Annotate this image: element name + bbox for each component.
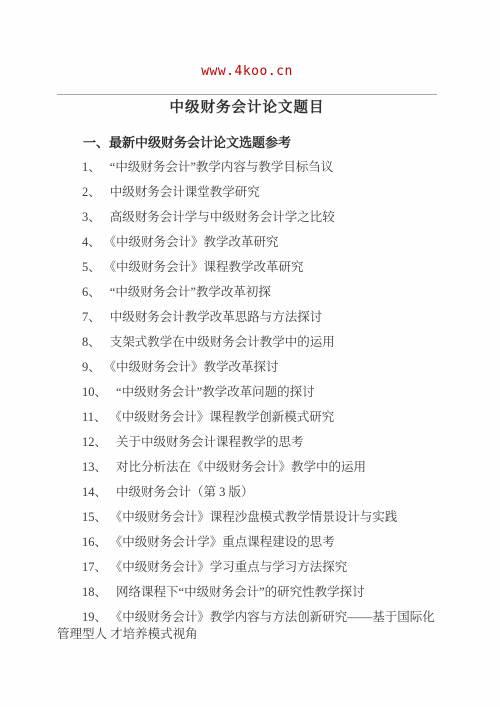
topic-list: 1、“中级财务会计”教学内容与教学目标刍议 2、中级财务会计课堂教学研究 3、高… — [57, 159, 437, 643]
list-item: 16、《中级财务会计学》重点课程建设的思考 — [57, 534, 437, 551]
document-page: www.4koo.cn 中级财务会计论文题目 一、最新中级财务会计论文选题参考 … — [0, 0, 500, 707]
item-text: 高级财务会计学与中级财务会计学之比较 — [110, 210, 335, 224]
item-text: 支架式教学在中级财务会计教学中的运用 — [110, 335, 335, 349]
item-text: 《中级财务会计学》重点课程建设的思考 — [116, 535, 335, 549]
list-item: 7、中级财务会计教学改革思路与方法探讨 — [57, 309, 437, 326]
list-item: 3、高级财务会计学与中级财务会计学之比较 — [57, 209, 437, 226]
item-text: 中级财务会计课堂教学研究 — [110, 185, 260, 199]
list-item: 14、中级财务会计（第 3 版） — [57, 484, 437, 501]
item-number: 17、 — [82, 560, 107, 574]
item-text: 《中级财务会计》课程沙盘模式教学情景设计与实践 — [116, 510, 397, 524]
header-divider-line — [57, 94, 437, 95]
item-text: 《中级财务会计》教学内容与方法创新研究——基于国际化管理型人 才培养模式视角 — [57, 610, 435, 641]
item-text: 中级财务会计教学改革思路与方法探讨 — [110, 310, 323, 324]
item-number: 4、 — [82, 235, 101, 249]
list-item: 18、网络课程下“中级财务会计”的研究性教学探讨 — [57, 584, 437, 601]
item-text: 《中级财务会计》教学改革研究 — [110, 235, 279, 249]
item-text: 《中级财务会计》学习重点与学习方法探究 — [116, 560, 347, 574]
list-item: 5、《中级财务会计》课程教学改革研究 — [57, 259, 437, 276]
list-item: 13、对比分析法在《中级财务会计》教学中的运用 — [57, 459, 437, 476]
item-text: 网络课程下“中级财务会计”的研究性教学探讨 — [116, 585, 365, 599]
item-number: 3、 — [82, 210, 101, 224]
list-item: 9、《中级财务会计》教学改革探讨 — [57, 359, 437, 376]
item-number: 2、 — [82, 185, 101, 199]
item-number: 5、 — [82, 260, 101, 274]
item-number: 10、 — [82, 385, 107, 399]
list-item: 4、《中级财务会计》教学改革研究 — [57, 234, 437, 251]
item-number: 19、 — [82, 610, 107, 624]
item-number: 13、 — [82, 460, 107, 474]
item-number: 9、 — [82, 360, 101, 374]
item-number: 11、 — [82, 410, 107, 424]
list-item: 11、《中级财务会计》课程教学创新模式研究 — [57, 409, 437, 426]
list-item: 10、“中级财务会计”教学改革问题的探讨 — [57, 384, 437, 401]
list-item: 15、《中级财务会计》课程沙盘模式教学情景设计与实践 — [57, 509, 437, 526]
item-number: 12、 — [82, 435, 107, 449]
list-item: 17、《中级财务会计》学习重点与学习方法探究 — [57, 559, 437, 576]
section-heading: 一、最新中级财务会计论文选题参考 — [57, 134, 437, 151]
item-text: “中级财务会计”教学内容与教学目标刍议 — [110, 160, 334, 174]
list-item: 1、“中级财务会计”教学内容与教学目标刍议 — [57, 159, 437, 176]
item-text: 中级财务会计（第 3 版） — [116, 485, 254, 499]
list-item: 12、关于中级财务会计课程教学的思考 — [57, 434, 437, 451]
item-number: 18、 — [82, 585, 107, 599]
item-number: 6、 — [82, 285, 101, 299]
list-item: 19、《中级财务会计》教学内容与方法创新研究——基于国际化管理型人 才培养模式视… — [57, 609, 437, 643]
item-number: 14、 — [82, 485, 107, 499]
list-item: 2、中级财务会计课堂教学研究 — [57, 184, 437, 201]
item-text: 《中级财务会计》教学改革探讨 — [110, 360, 279, 374]
page-title: 中级财务会计论文题目 — [57, 98, 437, 118]
item-text: 《中级财务会计》课程教学改革研究 — [110, 260, 304, 274]
item-number: 8、 — [82, 335, 101, 349]
site-url-text: www.4koo.cn — [57, 64, 437, 80]
item-number: 1、 — [82, 160, 101, 174]
item-number: 16、 — [82, 535, 107, 549]
item-number: 7、 — [82, 310, 101, 324]
item-text: 对比分析法在《中级财务会计》教学中的运用 — [116, 460, 366, 474]
item-number: 15、 — [82, 510, 107, 524]
list-item: 8、支架式教学在中级财务会计教学中的运用 — [57, 334, 437, 351]
item-text: 《中级财务会计》课程教学创新模式研究 — [116, 410, 335, 424]
list-item: 6、“中级财务会计”教学改革初探 — [57, 284, 437, 301]
item-text: “中级财务会计”教学改革问题的探讨 — [116, 385, 315, 399]
item-text: “中级财务会计”教学改革初探 — [110, 285, 271, 299]
item-text: 关于中级财务会计课程教学的思考 — [116, 435, 304, 449]
